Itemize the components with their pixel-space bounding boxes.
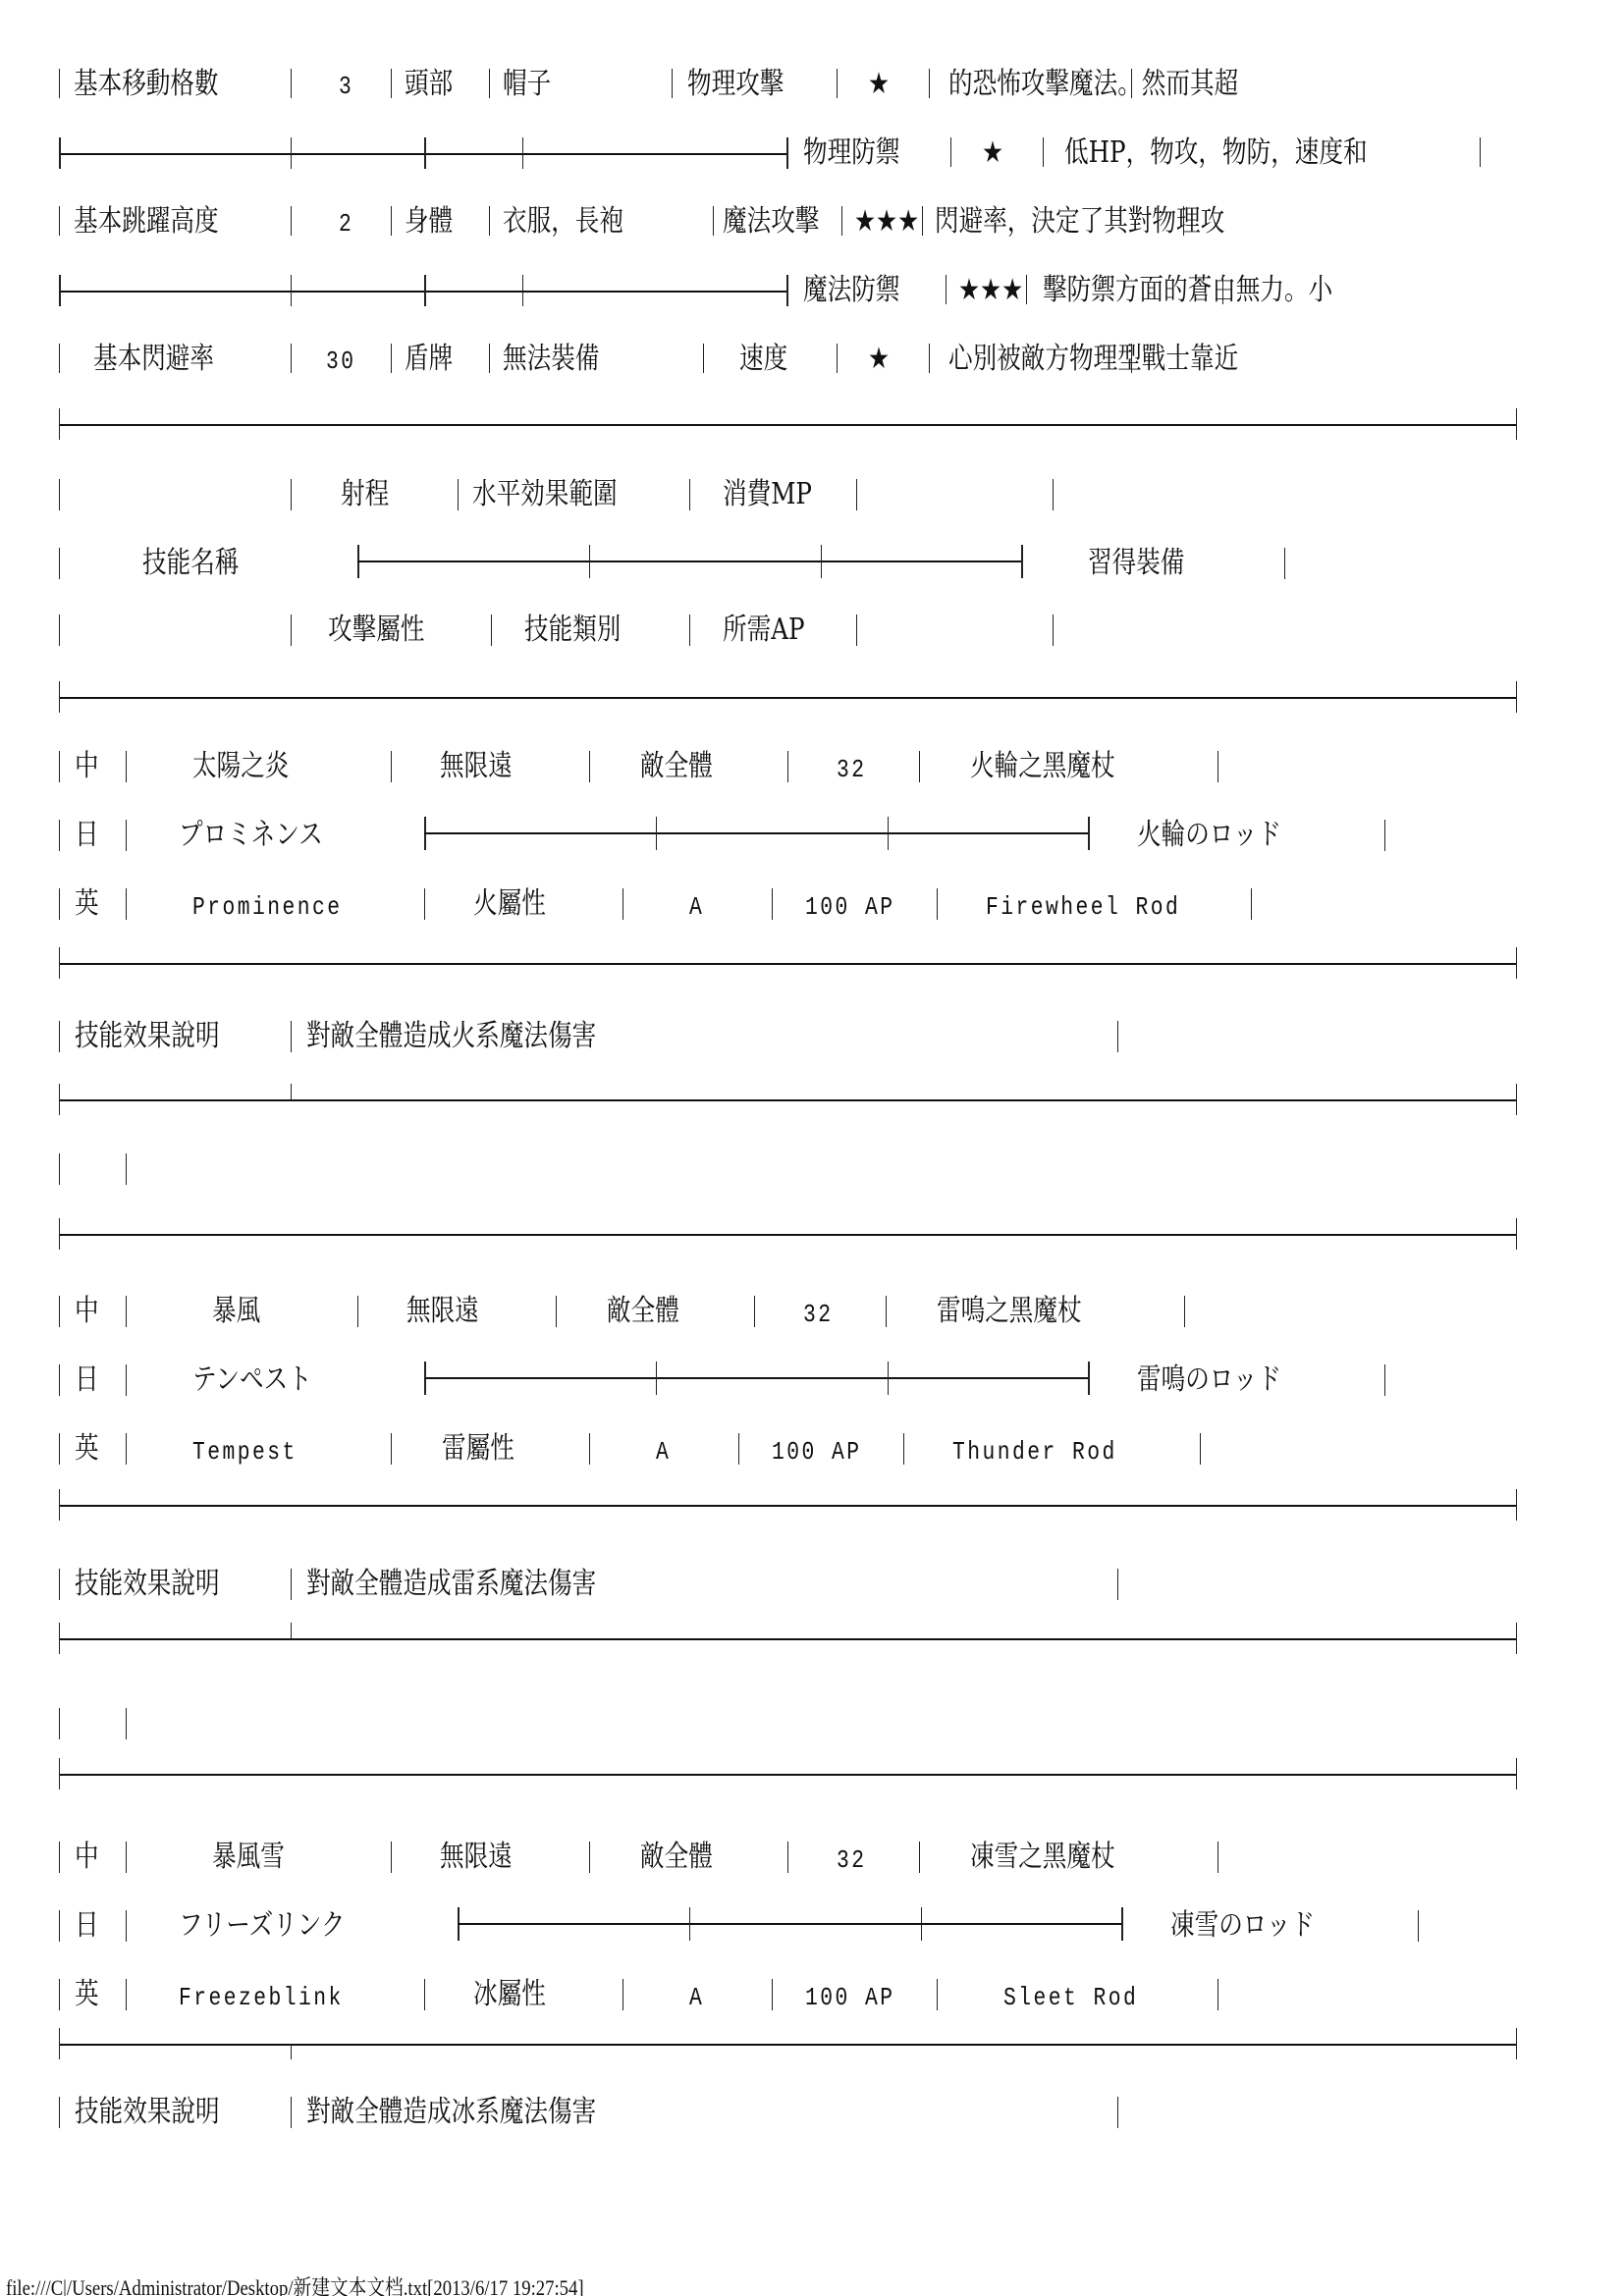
header-ap: 所需AP: [723, 613, 805, 648]
table-border: [59, 479, 60, 510]
table-divider: [458, 1923, 1121, 1925]
skill-area: 敵全體: [607, 1294, 679, 1329]
table-border: [589, 545, 590, 578]
skill-ap: 100 AP: [805, 889, 895, 925]
table-border: [922, 206, 923, 236]
stat-name: 物理攻擊: [687, 67, 784, 102]
effect-label: 技能效果說明: [75, 2095, 220, 2130]
table-border: [59, 1623, 60, 1654]
table-border: [126, 888, 127, 920]
table-border: [59, 1433, 60, 1465]
table-border: [59, 1842, 60, 1873]
equip-name-jp: 火輪のロッド: [1137, 818, 1281, 853]
header-skill-name: 技能名稱: [142, 546, 239, 581]
equip-name-jp: 凍雪のロッド: [1170, 1908, 1315, 1944]
table-border: [1131, 344, 1132, 373]
rating-stars: ★: [868, 342, 890, 377]
table-border: [837, 344, 838, 373]
table-border: [622, 888, 623, 920]
table-border: [59, 1758, 60, 1789]
description-text: 低HP，物攻，物防，速度和: [1064, 135, 1368, 171]
effect-label: 技能效果說明: [75, 1567, 220, 1602]
table-border: [59, 1021, 60, 1052]
table-border: [1516, 1758, 1517, 1789]
table-border: [1516, 1623, 1517, 1654]
table-border: [589, 1433, 590, 1465]
skill-mp: 32: [837, 752, 867, 787]
table-border: [59, 1296, 60, 1327]
table-border: [126, 1708, 127, 1739]
effect-text: 對敵全體造成火系魔法傷害: [306, 1019, 596, 1054]
table-border: [424, 275, 426, 306]
table-divider: [424, 832, 1088, 834]
table-border: [59, 751, 60, 782]
table-border: [491, 614, 492, 646]
table-border: [841, 206, 842, 236]
table-border: [391, 344, 392, 373]
table-divider: [59, 1234, 1516, 1236]
table-border: [59, 1153, 60, 1185]
table-border: [1418, 1910, 1419, 1942]
table-border: [1251, 888, 1252, 920]
table-border: [59, 206, 60, 236]
table-border: [1117, 2097, 1118, 2128]
table-border: [59, 2028, 60, 2059]
table-border: [1053, 479, 1054, 510]
table-border: [1217, 1842, 1218, 1873]
table-border: [1200, 1433, 1201, 1465]
table-border: [424, 137, 426, 169]
table-border: [1117, 1569, 1118, 1600]
table-border: [921, 1907, 922, 1941]
table-border: [126, 1296, 127, 1327]
skill-ap: 100 AP: [805, 1980, 895, 2015]
table-border: [1026, 275, 1027, 304]
description-text: 心別被敵方物理型戰士靠近: [948, 342, 1238, 377]
table-border: [1088, 817, 1090, 850]
table-border: [522, 275, 523, 306]
table-border: [689, 479, 690, 510]
table-border: [59, 947, 60, 979]
table-border: [888, 817, 889, 850]
table-border: [291, 206, 292, 236]
table-divider: [59, 963, 1516, 965]
table-border: [1384, 1364, 1385, 1396]
table-border: [929, 69, 930, 98]
table-border: [937, 888, 938, 920]
table-border: [689, 614, 690, 646]
table-divider: [59, 2044, 1516, 2046]
table-border: [59, 1218, 60, 1250]
stat-value: 30: [326, 344, 356, 379]
header-range: 射程: [341, 477, 389, 512]
table-border: [856, 479, 857, 510]
table-border: [856, 614, 857, 646]
lang-label: 英: [75, 886, 99, 922]
description-text: 擊防禦方面的蒼白無力。小: [1043, 273, 1332, 308]
header-learn-equip: 習得裝備: [1088, 546, 1184, 581]
table-border: [672, 69, 673, 98]
rating-stars: ★★★: [958, 273, 1023, 308]
table-border: [888, 1362, 889, 1395]
table-border: [1480, 137, 1481, 167]
stat-label: 基本移動格數: [74, 67, 219, 102]
equip-type: 衣服，長袍: [503, 204, 623, 240]
table-border: [886, 1296, 887, 1327]
skill-mp: 32: [837, 1842, 867, 1878]
table-border: [126, 1979, 127, 2010]
table-border: [1131, 69, 1132, 98]
table-border: [424, 888, 425, 920]
table-border: [1516, 2028, 1517, 2059]
table-border: [291, 479, 292, 510]
table-border: [903, 1433, 904, 1465]
table-border: [787, 751, 788, 782]
table-border: [59, 408, 60, 440]
equip-name-en: Firewheel Rod: [986, 889, 1180, 925]
table-border: [291, 69, 292, 98]
table-border: [126, 751, 127, 782]
lang-label: 英: [75, 1977, 99, 2012]
stat-name: 魔法防禦: [803, 273, 899, 308]
table-border: [424, 1979, 425, 2010]
table-border: [656, 1362, 657, 1395]
stat-value: 3: [339, 69, 353, 104]
header-skill-type: 技能類別: [524, 613, 621, 648]
table-border: [837, 69, 838, 98]
effect-text: 對敵全體造成冰系魔法傷害: [306, 2095, 596, 2130]
table-border: [772, 1979, 773, 2010]
table-border: [1516, 1084, 1517, 1115]
skill-name-zh: 太陽之炎: [192, 749, 289, 784]
skill-name-jp: フリーズリンク: [179, 1908, 345, 1944]
skill-range: 無限遠: [440, 1840, 513, 1875]
skill-name-en: Tempest: [192, 1434, 298, 1469]
table-border: [126, 1910, 127, 1942]
table-border: [126, 1364, 127, 1396]
table-border: [59, 681, 60, 713]
table-border: [59, 820, 60, 851]
table-border: [489, 69, 490, 98]
table-divider: [357, 561, 1021, 562]
table-border: [589, 751, 590, 782]
equip-name-jp: 雷鳴のロッド: [1137, 1362, 1281, 1398]
description-text: 閃避率，決定了其對物理攻: [935, 204, 1224, 240]
table-border: [1217, 1979, 1218, 2010]
table-border: [1184, 1296, 1185, 1327]
table-border: [1516, 947, 1517, 979]
table-border: [1516, 1489, 1517, 1521]
stat-name: 魔法攻擊: [723, 204, 819, 240]
skill-name-jp: テンペスト: [192, 1362, 312, 1398]
effect-text: 對敵全體造成雷系魔法傷害: [306, 1567, 596, 1602]
skill-type: A: [656, 1434, 671, 1469]
table-border: [950, 137, 951, 167]
header-element: 攻擊屬性: [328, 613, 424, 648]
skill-name-jp: プロミネンス: [179, 818, 323, 853]
skill-type: A: [689, 889, 704, 925]
skill-element: 火屬性: [473, 886, 546, 922]
stat-label: 基本跳躍高度: [74, 204, 219, 240]
table-border: [59, 137, 61, 169]
table-divider: [59, 291, 787, 293]
equip-type: 無法裝備: [503, 342, 599, 377]
skill-type: A: [689, 1980, 704, 2015]
equip-type: 帽子: [503, 67, 551, 102]
table-border: [1021, 545, 1023, 578]
table-border: [391, 69, 392, 98]
table-divider: [59, 153, 787, 155]
table-border: [919, 751, 920, 782]
equip-name-zh: 火輪之黑魔杖: [970, 749, 1115, 784]
lang-label: 日: [75, 1362, 99, 1398]
table-border: [1284, 548, 1285, 579]
rating-stars: ★: [982, 135, 1003, 171]
lang-label: 中: [75, 1840, 99, 1875]
table-border: [1516, 1218, 1517, 1250]
stat-name: 速度: [739, 342, 787, 377]
skill-element: 雷屬性: [442, 1431, 514, 1467]
table-border: [1183, 206, 1184, 236]
table-border: [59, 1569, 60, 1600]
table-border: [489, 344, 490, 373]
equip-slot: 盾牌: [405, 342, 453, 377]
skill-area: 敵全體: [640, 749, 713, 784]
table-border: [59, 2097, 60, 2128]
table-border: [489, 206, 490, 236]
equip-name-en: Thunder Rod: [952, 1434, 1117, 1469]
table-border: [291, 1569, 292, 1600]
table-border: [754, 1296, 755, 1327]
table-border: [786, 275, 788, 306]
table-border: [1088, 1362, 1090, 1395]
table-border: [946, 275, 947, 304]
table-divider: [59, 424, 1516, 426]
lang-label: 日: [75, 818, 99, 853]
table-border: [689, 1907, 690, 1941]
table-divider: [59, 1638, 1516, 1640]
table-divider: [424, 1377, 1088, 1379]
effect-label: 技能效果說明: [75, 1019, 220, 1054]
table-border: [59, 344, 60, 373]
skill-name-en: Freezeblink: [179, 1980, 344, 2015]
table-border: [291, 137, 292, 169]
table-border: [291, 614, 292, 646]
table-border: [786, 137, 788, 169]
lang-label: 中: [75, 1294, 99, 1329]
table-border: [126, 820, 127, 851]
header-mp: 消費MP: [723, 477, 812, 512]
table-border: [391, 1842, 392, 1873]
table-border: [556, 1296, 557, 1327]
table-border: [522, 137, 523, 169]
skill-name-zh: 暴風雪: [212, 1840, 285, 1875]
rating-stars: ★: [868, 67, 890, 102]
header-area: 水平効果範圍: [472, 477, 618, 512]
description-text: 的恐怖攻擊魔法。然而其超: [948, 67, 1238, 102]
table-border: [291, 275, 292, 306]
table-border: [1043, 137, 1044, 167]
table-border: [937, 1979, 938, 2010]
table-divider: [59, 1505, 1516, 1507]
skill-element: 冰屬性: [473, 1977, 546, 2012]
table-divider: [59, 1774, 1516, 1776]
table-border: [1117, 1021, 1118, 1052]
table-border: [357, 1296, 358, 1327]
table-border: [821, 545, 822, 578]
table-border: [126, 1153, 127, 1185]
lang-label: 中: [75, 749, 99, 784]
lang-label: 英: [75, 1431, 99, 1467]
equip-name-en: Sleet Rod: [1003, 1980, 1138, 2015]
table-border: [391, 1433, 392, 1465]
table-border: [59, 1910, 60, 1942]
table-border: [772, 888, 773, 920]
skill-mp: 32: [803, 1297, 834, 1332]
table-border: [291, 1021, 292, 1052]
table-border: [622, 1979, 623, 2010]
table-border: [1384, 820, 1385, 851]
lang-label: 日: [75, 1908, 99, 1944]
equip-name-zh: 凍雪之黑魔杖: [970, 1840, 1115, 1875]
skill-range: 無限遠: [440, 749, 513, 784]
table-border: [126, 1842, 127, 1873]
file-path-footer: file:///C|/Users/Administrator/Desktop/新…: [6, 2275, 584, 2296]
equip-name-zh: 雷鳴之黑魔杖: [937, 1294, 1082, 1329]
table-border: [291, 1084, 292, 1099]
table-border: [589, 1842, 590, 1873]
skill-range: 無限遠: [406, 1294, 479, 1329]
table-border: [1516, 408, 1517, 440]
equip-slot: 頭部: [405, 67, 453, 102]
table-border: [291, 2044, 292, 2059]
table-border: [291, 344, 292, 373]
table-border: [59, 275, 61, 306]
table-border: [59, 1708, 60, 1739]
table-border: [919, 1842, 920, 1873]
table-border: [713, 206, 714, 236]
table-border: [1121, 1907, 1123, 1941]
table-border: [59, 548, 60, 579]
rating-stars: ★★★: [854, 204, 919, 240]
table-border: [458, 479, 459, 510]
stat-value: 2: [339, 206, 353, 241]
table-divider: [59, 1099, 1516, 1101]
table-border: [1222, 275, 1223, 304]
table-border: [1217, 751, 1218, 782]
table-border: [1053, 614, 1054, 646]
skill-name-zh: 暴風: [212, 1294, 260, 1329]
table-border: [59, 69, 60, 98]
table-divider: [59, 697, 1516, 699]
table-border: [59, 1084, 60, 1115]
stat-name: 物理防禦: [803, 135, 899, 171]
table-border: [787, 1842, 788, 1873]
table-border: [126, 1433, 127, 1465]
table-border: [656, 817, 657, 850]
table-border: [59, 1489, 60, 1521]
table-border: [291, 2097, 292, 2128]
table-border: [1516, 681, 1517, 713]
table-border: [59, 888, 60, 920]
equip-slot: 身體: [405, 204, 453, 240]
table-border: [59, 1979, 60, 2010]
table-border: [703, 344, 704, 373]
table-border: [59, 1364, 60, 1396]
table-border: [291, 1623, 292, 1638]
skill-ap: 100 AP: [772, 1434, 862, 1469]
stat-label: 基本閃避率: [93, 342, 214, 377]
table-border: [391, 751, 392, 782]
table-border: [391, 206, 392, 236]
skill-name-en: Prominence: [192, 889, 343, 925]
table-border: [929, 344, 930, 373]
table-border: [738, 1433, 739, 1465]
skill-area: 敵全體: [640, 1840, 713, 1875]
table-border: [59, 614, 60, 646]
